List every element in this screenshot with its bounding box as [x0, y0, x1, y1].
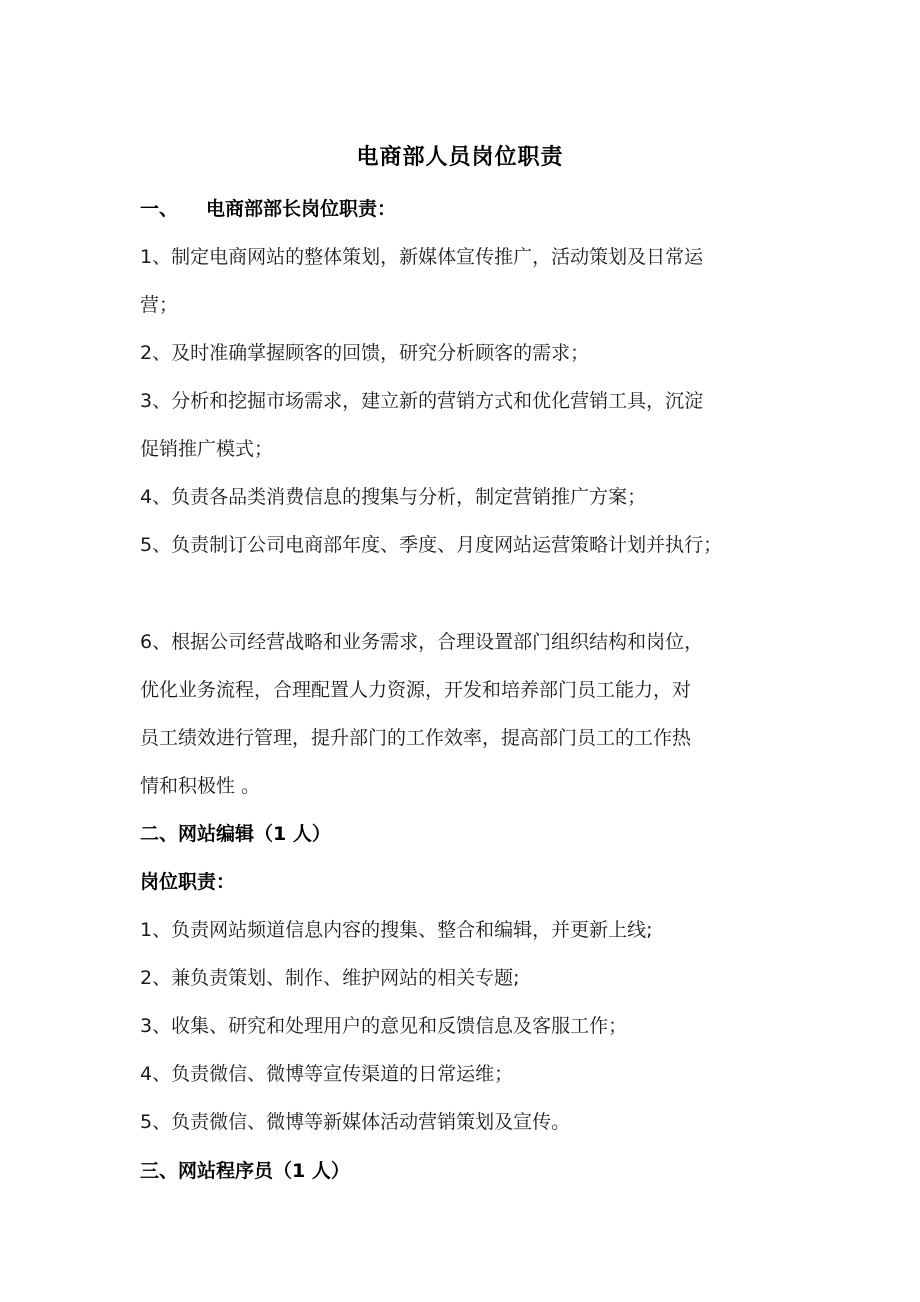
duty-line: 3、分析和挖掘市场需求，建立新的营销方式和优化营销工具，沉淀	[140, 387, 703, 415]
section-1-heading: 一、电商部部长岗位职责：	[140, 195, 396, 223]
duty-line: 优化业务流程，合理配置人力资源，开发和培养部门员工能力，对	[140, 676, 691, 704]
section-3-heading: 三、网站程序员（1 人）	[140, 1157, 350, 1185]
duty-line: 3、收集、研究和处理用户的意见和反馈信息及客服工作；	[140, 1012, 627, 1040]
duty-line: 5、负责制订公司电商部年度、季度、月度网站运营策略计划并执行；	[140, 531, 722, 559]
section-1-title: 电商部部长岗位职责：	[206, 198, 396, 220]
duty-line: 2、兼负责策划、制作、维护网站的相关专题;	[140, 964, 520, 992]
duty-line: 营；	[140, 291, 178, 319]
duty-line: 1、制定电商网站的整体策划，新媒体宣传推广，活动策划及日常运	[140, 243, 703, 271]
section-1-number: 一、	[140, 198, 178, 220]
duty-line: 4、负责微信、微博等宣传渠道的日常运维；	[140, 1060, 513, 1088]
duty-line: 1、负责网站频道信息内容的搜集、整合和编辑，并更新上线;	[140, 916, 653, 944]
duty-line: 促销推广模式；	[140, 435, 273, 463]
duty-line: 6、根据公司经营战略和业务需求，合理设置部门组织结构和岗位，	[140, 628, 703, 656]
duty-line: 5、负责微信、微博等新媒体活动营销策划及宣传。	[140, 1108, 570, 1136]
duty-line: 员工绩效进行管理，提升部门的工作效率，提高部门员工的工作热	[140, 724, 691, 752]
section-2-heading: 二、网站编辑（1 人）	[140, 820, 331, 848]
document-page: 电商部人员岗位职责 一、电商部部长岗位职责： 1、制定电商网站的整体策划，新媒体…	[0, 0, 920, 1302]
duty-line: 情和积极性 。	[140, 772, 260, 800]
duty-line: 4、负责各品类消费信息的搜集与分析，制定营销推广方案；	[140, 483, 646, 511]
section-2-subheading: 岗位职责：	[140, 868, 235, 896]
duty-line: 2、及时准确掌握顾客的回馈，研究分析顾客的需求；	[140, 339, 589, 367]
document-title: 电商部人员岗位职责	[0, 140, 920, 171]
